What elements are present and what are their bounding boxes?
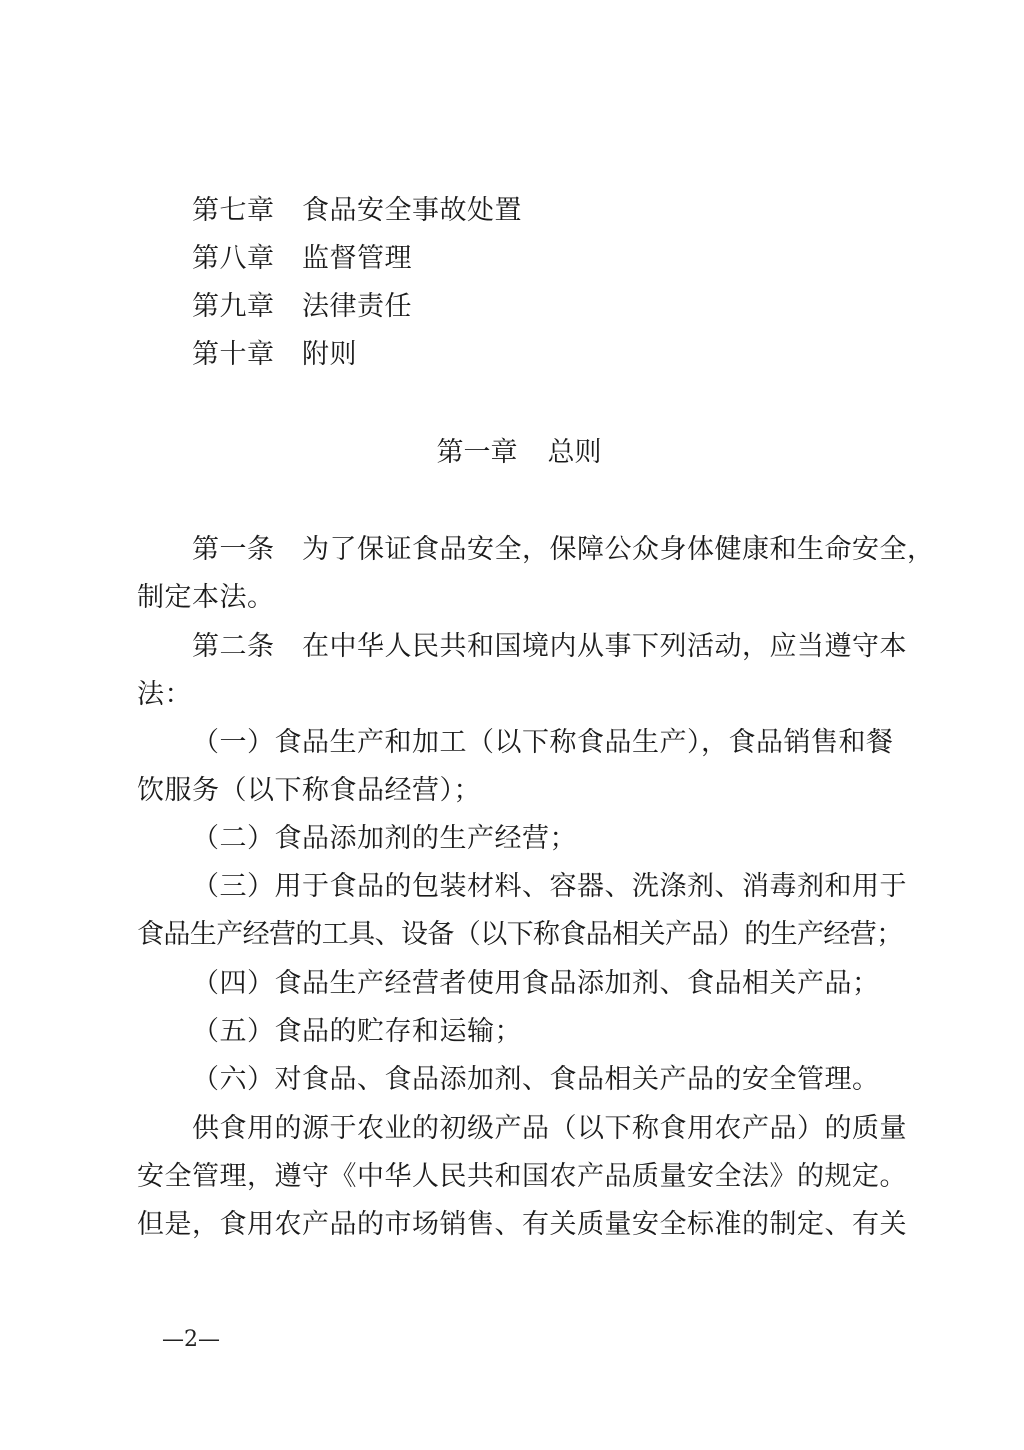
article-2-line-2: 法： (137, 678, 192, 712)
toc-chapter-title: 食品安全事故处置 (302, 194, 522, 228)
toc-chapter-title: 监督管理 (302, 242, 412, 276)
item-3-line-1: （三）用于食品的包装材料、容器、洗涤剂、消毒剂和用于 (192, 870, 907, 904)
toc-chapter-title: 法律责任 (302, 290, 412, 324)
article-1-line-2: 制定本法。 (137, 581, 275, 615)
chapter-number: 第一章 (437, 437, 518, 468)
item-4: （四）食品生产经营者使用食品添加剂、食品相关产品； (192, 967, 880, 1001)
chapter-heading: 第一章总则 (0, 436, 1024, 470)
toc-entry-8: 第八章监督管理 (192, 242, 412, 276)
closing-line-1: 供食用的源于农业的初级产品（以下称食用农产品）的质量 (192, 1112, 907, 1146)
toc-entry-9: 第九章法律责任 (192, 290, 412, 324)
page-number: —2— (162, 1327, 220, 1353)
item-1-line-1: （一）食品生产和加工（以下称食品生产），食品销售和餐 (192, 726, 894, 760)
item-3-line-2: 食品生产经营的工具、设备（以下称食品相关产品）的生产经营； (137, 918, 903, 952)
toc-chapter-number: 第七章 (192, 194, 302, 228)
article-2-line-1: 第二条在中华人民共和国境内从事下列活动，应当遵守本 (192, 630, 907, 664)
article-1-line-1: 第一条为了保证食品安全，保障公众身体健康和生命安全， (192, 533, 935, 567)
toc-entry-7: 第七章食品安全事故处置 (192, 194, 522, 228)
closing-line-3: 但是，食用农产品的市场销售、有关质量安全标准的制定、有关 (137, 1208, 907, 1242)
toc-chapter-title: 附则 (302, 338, 357, 372)
document-page: 第七章食品安全事故处置 第八章监督管理 第九章法律责任 第十章附则 第一章总则 … (0, 0, 1024, 1450)
article-number: 第二条 (192, 630, 302, 664)
article-number: 第一条 (192, 533, 302, 567)
article-text: 在中华人民共和国境内从事下列活动，应当遵守本 (302, 631, 907, 662)
article-text: 为了保证食品安全，保障公众身体健康和生命安全， (302, 534, 935, 565)
item-5: （五）食品的贮存和运输； (192, 1015, 522, 1049)
closing-line-2: 安全管理，遵守《中华人民共和国农产品质量安全法》的规定。 (137, 1160, 907, 1194)
chapter-title: 总则 (548, 437, 602, 468)
toc-chapter-number: 第八章 (192, 242, 302, 276)
item-1-line-2: 饮服务（以下称食品经营）； (137, 774, 481, 808)
item-6: （六）对食品、食品添加剂、食品相关产品的安全管理。 (192, 1063, 880, 1097)
toc-chapter-number: 第九章 (192, 290, 302, 324)
toc-chapter-number: 第十章 (192, 338, 302, 372)
toc-entry-10: 第十章附则 (192, 338, 357, 372)
item-2: （二）食品添加剂的生产经营； (192, 822, 577, 856)
